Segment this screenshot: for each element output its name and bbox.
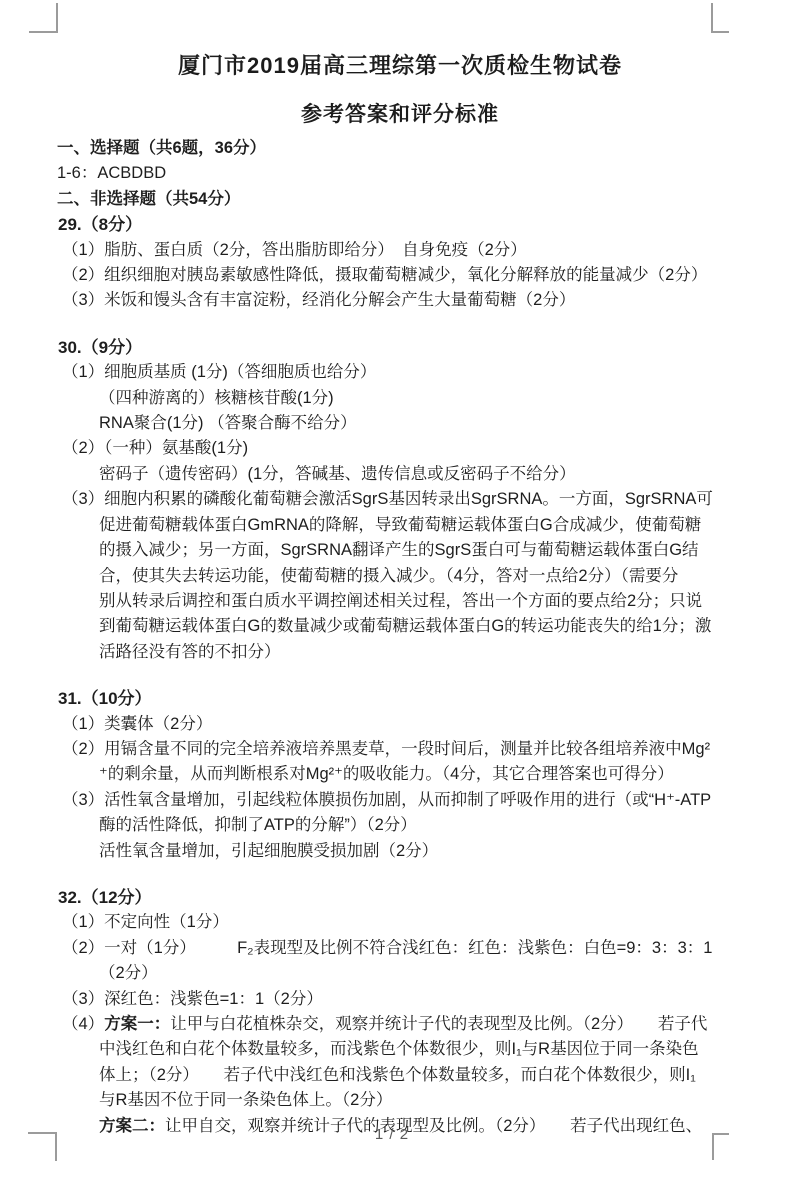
item-4-label: （4）	[62, 1015, 104, 1033]
answer-line-q30-8: 的摄入减少；另一方面，SgrSRNA翻译产生的SgrS蛋白可与葡萄糖运载体蛋白G…	[0, 538, 800, 563]
answer-line-q32-1: （1）不定向性（1分）	[0, 910, 800, 935]
answer-line-q31-6: 活性氧含量增加，引起细胞膜受损加剧（2分）	[0, 839, 800, 864]
answer-line-q30-7: 促进葡萄糖载体蛋白GmRNA的降解，导致葡萄糖运载体蛋白G合成减少，使葡萄糖	[0, 513, 800, 538]
answer-line-q30-5: 密码子（遗传密码）(1分，答碱基、遗传信息或反密码子不给分）	[0, 462, 800, 487]
section-choice-heading: 一、选择题（共6题，36分）	[0, 136, 800, 161]
plan1-text: 让甲与白花植株杂交，观察并统计子代的表现型及比例。（2分） 若子代	[170, 1015, 707, 1033]
answer-line-q30-11: 到葡萄糖运载体蛋白G的数量减少或葡萄糖运载体蛋白G的转运功能丧失的给1分；激	[0, 614, 800, 639]
section-non-choice-heading: 二、非选择题（共54分）	[0, 187, 800, 212]
answer-line-q30-12: 活路径没有答的不扣分）	[0, 640, 800, 665]
question-30-number: 30.（9分）	[0, 335, 800, 360]
page-number: 1 / 2	[0, 1126, 784, 1143]
crop-mark-top-left-icon	[29, 3, 58, 33]
answer-line-q32-2: （2）一对（1分） F₂表现型及比例不符合浅红色：红色：浅紫色：白色=9：3：3…	[0, 936, 800, 961]
answer-line-q31-2: （2）用镉含量不同的完全培养液培养黑麦草，一段时间后，测量并比较各组培养液中Mg…	[0, 737, 800, 762]
document-page: 厦门市2019届高三理综第一次质检生物试卷 参考答案和评分标准 一、选择题（共6…	[0, 0, 800, 1200]
answer-line-q31-4: （3）活性氧含量增加，引起线粒体膜损伤加剧，从而抑制了呼吸作用的进行（或“H⁺-…	[0, 788, 800, 813]
answer-line-q32-6: 中浅红色和白花个体数量较多，而浅紫色个体数很少，则I₁与R基因位于同一条染色	[0, 1037, 800, 1062]
document-title: 厦门市2019届高三理综第一次质检生物试卷	[0, 52, 800, 80]
answer-line-q29-3: （3）米饭和馒头含有丰富淀粉，经消化分解会产生大量葡萄糖（2分）	[0, 288, 800, 313]
answer-line-q30-10: 别从转录后调控和蛋白质水平调控阐述相关过程，答出一个方面的要点给2分；只说	[0, 589, 800, 614]
crop-mark-top-right-icon	[711, 3, 729, 33]
answer-line-q32-8: 与R基因不位于同一条染色体上。（2分）	[0, 1088, 800, 1113]
answer-line-q30-6: （3）细胞内积累的磷酸化葡萄糖会激活SgrS基因转录出SgrSRNA。一方面，S…	[0, 487, 800, 512]
answer-line-q30-2: （四种游离的）核糖核苷酸(1分)	[0, 386, 800, 411]
answer-line-q30-9: 合，使其失去转运功能，使葡萄糖的摄入减少。（4分，答对一点给2分）（需要分	[0, 564, 800, 589]
plan1-label: 方案一：	[104, 1015, 170, 1033]
document-subtitle: 参考答案和评分标准	[0, 102, 800, 128]
answer-line-q32-4: （3）深红色：浅紫色=1：1（2分）	[0, 987, 800, 1012]
answer-line-q30-3: RNA聚合(1分) （答聚合酶不给分）	[0, 411, 800, 436]
question-31-number: 31.（10分）	[0, 686, 800, 711]
answer-line-q29-1: （1）脂肪、蛋白质（2分，答出脂肪即给分） 自身免疫（2分）	[0, 238, 800, 263]
answer-line-q32-3: （2分）	[0, 961, 800, 986]
answer-line-q31-3: ⁺的剩余量，从而判断根系对Mg²⁺的吸收能力。（4分，其它合理答案也可得分）	[0, 762, 800, 787]
answer-line-q31-1: （1）类囊体（2分）	[0, 712, 800, 737]
answer-line-q30-1: （1）细胞质基质 (1分)（答细胞质也给分）	[0, 360, 800, 385]
answer-body: 一、选择题（共6题，36分） 1-6：ACBDBD 二、非选择题（共54分） 2…	[0, 136, 800, 1139]
question-32-number: 32.（12分）	[0, 885, 800, 910]
answer-line-q30-4: （2）（一种）氨基酸(1分)	[0, 436, 800, 461]
choice-answers: 1-6：ACBDBD	[0, 161, 800, 186]
question-29-number: 29.（8分）	[0, 212, 800, 237]
answer-line-q29-2: （2）组织细胞对胰岛素敏感性降低，摄取葡萄糖减少，氧化分解释放的能量减少（2分）	[0, 263, 800, 288]
answer-line-q32-plan1: （4）方案一：让甲与白花植株杂交，观察并统计子代的表现型及比例。（2分） 若子代	[0, 1012, 800, 1037]
answer-line-q31-5: 酶的活性降低，抑制了ATP的分解”）（2分）	[0, 813, 800, 838]
answer-line-q32-7: 体上；（2分） 若子代中浅红色和浅紫色个体数量较多，而白花个体数很少，则I₁	[0, 1063, 800, 1088]
